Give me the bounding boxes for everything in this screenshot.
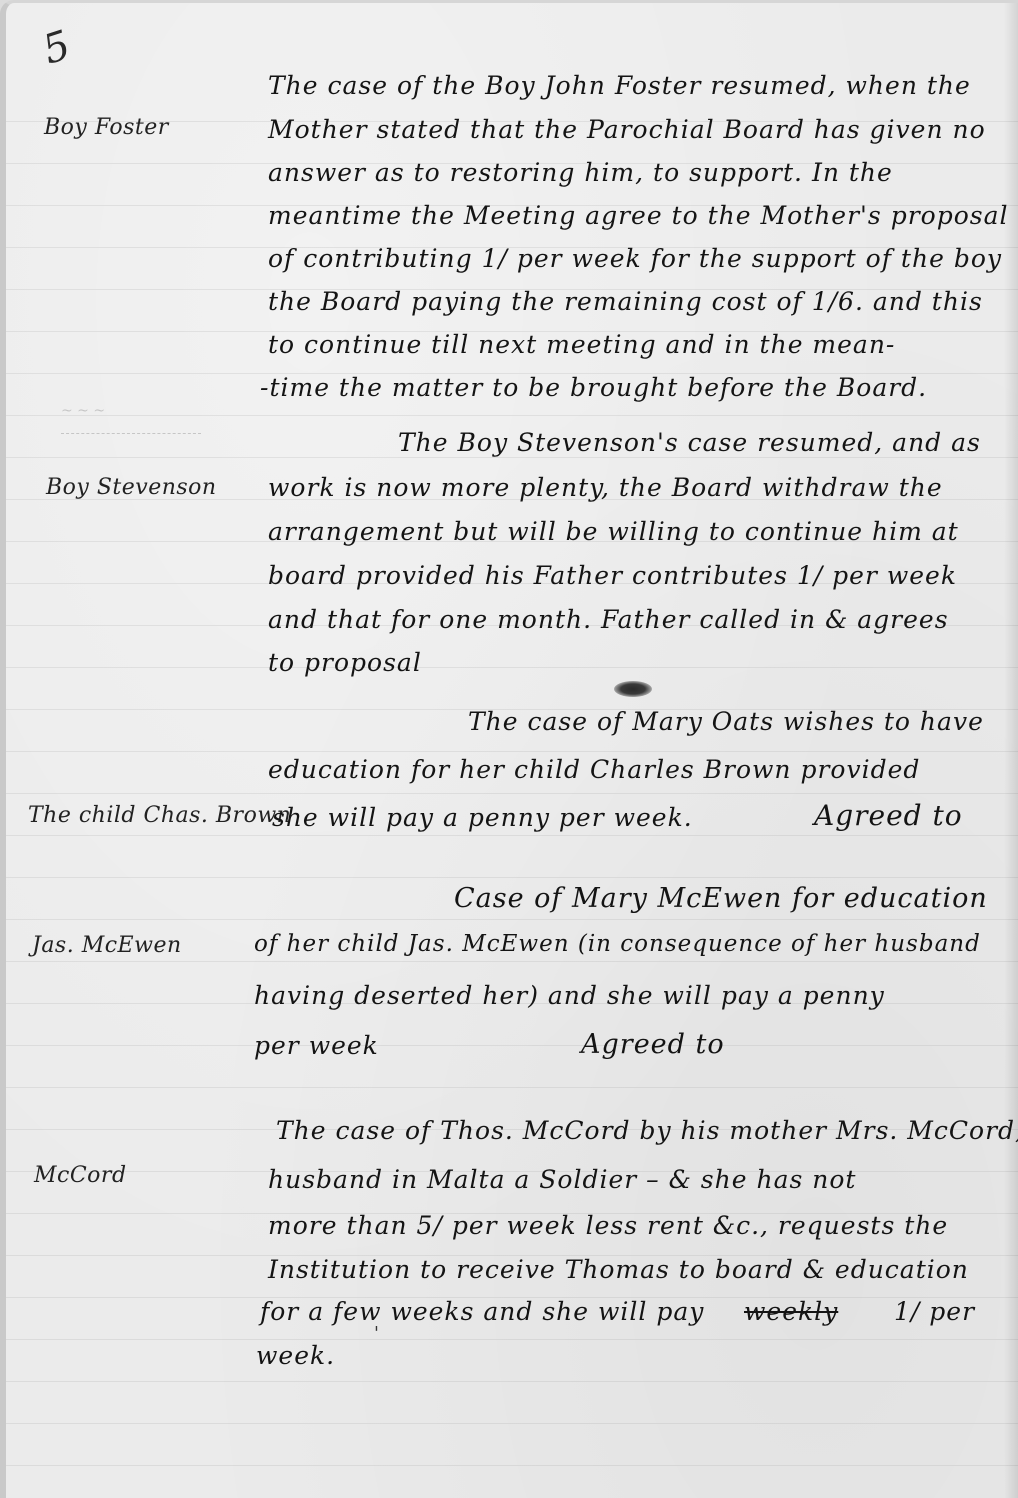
entry-mcewen-line-1: Case of Mary McEwen for education: [454, 883, 988, 914]
entry-mccord-line-5: for a few weeks and she will pay: [260, 1297, 704, 1326]
margin-note-jas-mcewen: Jas. McEwen: [32, 933, 182, 958]
ruled-line: [6, 877, 1018, 878]
entry-brown-line-2: education for her child Charles Brown pr…: [268, 755, 920, 784]
ruled-line: [6, 1087, 1018, 1088]
entry-foster-line-6: the Board paying the remaining cost of 1…: [268, 287, 983, 316]
entry-foster-line-7: to continue till next meeting and in the…: [268, 330, 895, 359]
ruled-line: [6, 919, 1018, 920]
entry-stevenson-line-1: The Boy Stevenson's case resumed, and as: [398, 428, 981, 457]
entry-brown-line-1: The case of Mary Oats wishes to have: [468, 707, 984, 736]
ruled-line: [6, 1045, 1018, 1046]
entry-stevenson-line-2: work is now more plenty, the Board withd…: [268, 473, 943, 502]
ruled-line: [6, 457, 1018, 458]
ruled-line: [6, 1423, 1018, 1424]
entry-stevenson-line-3: arrangement but will be willing to conti…: [268, 517, 959, 546]
stray-tick-mark: ': [374, 1323, 379, 1344]
entry-mccord-line-4: Institution to receive Thomas to board &…: [268, 1255, 969, 1284]
entry-foster-line-4: meantime the Meeting agree to the Mother…: [268, 201, 1008, 230]
entry-mccord-line-1: The case of Thos. McCord by his mother M…: [276, 1116, 1018, 1145]
faint-pencil-note: ~ ~ ~: [61, 403, 201, 434]
margin-note-boy-stevenson: Boy Stevenson: [46, 475, 217, 500]
entry-mcewen-line-3: having deserted her) and she will pay a …: [254, 981, 885, 1010]
ink-blot: [614, 681, 652, 697]
ruled-line: [6, 667, 1018, 668]
ruled-line: [6, 1381, 1018, 1382]
entry-mccord-line-2: husband in Malta a Soldier – & she has n…: [268, 1165, 856, 1194]
document-page: 5 ~ ~ ~ Boy Foster The case of the Boy J…: [0, 0, 1018, 1498]
entry-mccord-line-3: more than 5/ per week less rent &c., req…: [268, 1211, 948, 1240]
entry-foster-line-8: -time the matter to be brought before th…: [260, 373, 927, 402]
entry-foster-line-5: of contributing 1/ per week for the supp…: [268, 244, 1002, 273]
margin-note-boy-foster: Boy Foster: [44, 115, 169, 140]
entry-foster-line-3: answer as to restoring him, to support. …: [268, 158, 893, 187]
ruled-line: [6, 961, 1018, 962]
entry-stevenson-line-6: to proposal: [268, 648, 422, 677]
entry-foster-line-2: Mother stated that the Parochial Board h…: [268, 115, 986, 144]
entry-brown-line-3: she will pay a penny per week.: [272, 803, 693, 832]
ruled-line: [6, 1465, 1018, 1466]
ruled-line: [6, 835, 1018, 836]
entry-foster-line-1: The case of the Boy John Foster resumed,…: [268, 71, 971, 100]
entry-mccord-line-6: week.: [256, 1341, 335, 1370]
margin-note-child-chas-brown: The child Chas. Brown: [28, 803, 291, 828]
margin-note-mccord: McCord: [34, 1163, 127, 1188]
entry-mccord-struck-word: weekly: [744, 1297, 838, 1326]
entry-brown-agreed: Agreed to: [814, 799, 963, 832]
ruled-line: [6, 751, 1018, 752]
entry-stevenson-line-4: board provided his Father contributes 1/…: [268, 561, 957, 590]
entry-mccord-line-5-end: 1/ per: [894, 1297, 975, 1326]
entry-mcewen-agreed: Agreed to: [581, 1029, 725, 1060]
ruled-line: [6, 793, 1018, 794]
entry-stevenson-line-5: and that for one month. Father called in…: [268, 605, 949, 634]
ruled-line: [6, 1339, 1018, 1340]
entry-mcewen-line-2: of her child Jas. McEwen (in consequence…: [254, 931, 981, 957]
folio-mark: 5: [38, 22, 76, 74]
entry-mcewen-line-4: per week: [254, 1031, 379, 1060]
